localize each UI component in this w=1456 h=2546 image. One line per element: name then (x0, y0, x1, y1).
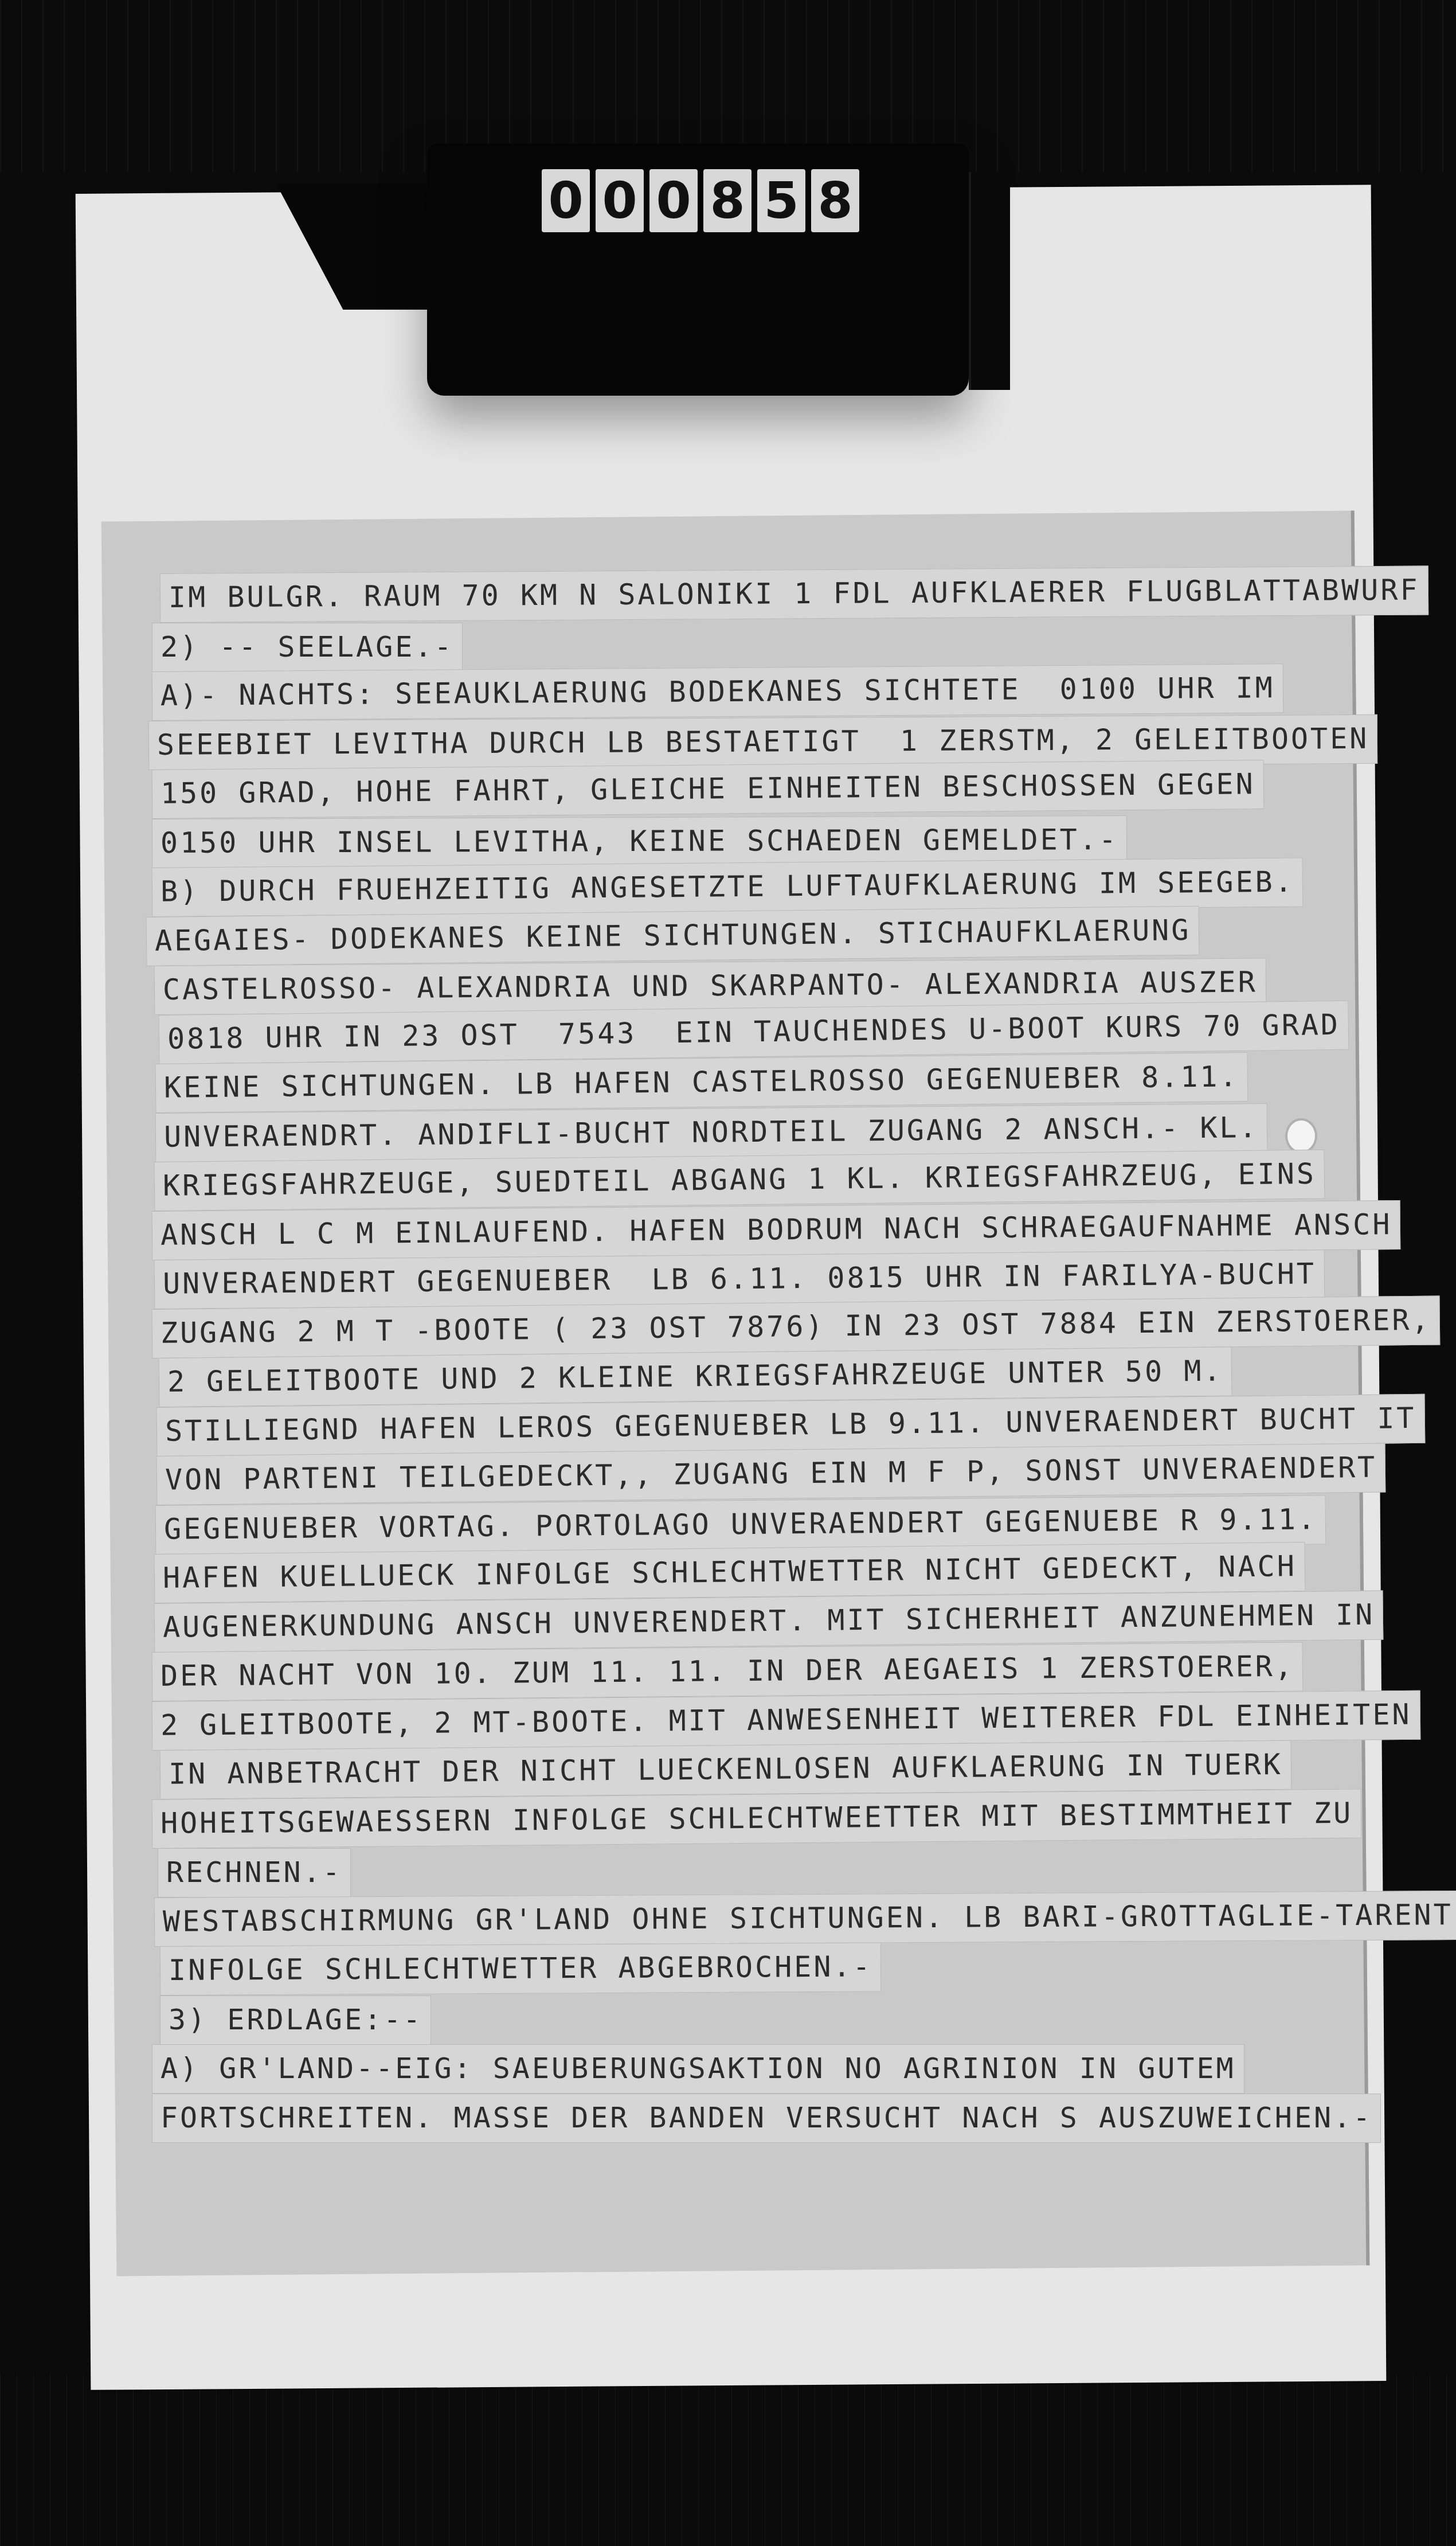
teletype-line: HOHEITSGEWAESSERN INFOLGE SCHLECHTWEETTE… (152, 1789, 1362, 1848)
counter-digit: 0 (542, 169, 590, 232)
teletype-line: INFOLGE SCHLECHTWETTER ABGEBROCHEN.- (160, 1942, 881, 1996)
teletype-line: 2) -- SEELAGE.- (152, 623, 463, 672)
frame-counter-digits: 0 0 0 8 5 8 (542, 169, 859, 232)
teletype-line: A)- NACHTS: SEEAUKLAERUNG BODEKANES SICH… (152, 663, 1283, 721)
counter-digit: 8 (811, 169, 859, 232)
teletype-line: 3) ERDLAGE:-- (160, 1996, 431, 2045)
counter-digit: 8 (703, 169, 752, 232)
counter-knob (969, 172, 1010, 390)
teletype-line: FORTSCHREITEN. MASSE DER BANDEN VERSUCHT… (152, 2094, 1381, 2143)
teletype-line: 150 GRAD, HOHE FAHRT, GLEICHE EINHEITEN … (152, 760, 1264, 819)
teletype-line: WESTABSCHIRMUNG GR'LAND OHNE SICHTUNGEN.… (154, 1891, 1456, 1947)
teletype-line: IM BULGR. RAUM 70 KM N SALONIKI 1 FDL AU… (160, 565, 1428, 623)
film-scratches-bottom (0, 2374, 1456, 2546)
teletype-line: RECHNEN.- (158, 1848, 351, 1897)
counter-digit: 0 (596, 169, 644, 232)
counter-digit: 5 (757, 169, 805, 232)
counter-digit: 0 (649, 169, 698, 232)
teletype-line: A) GR'LAND--EIG: SAEUBERUNGSAKTION NO AG… (152, 2044, 1244, 2094)
teletype-strips: IM BULGR. RAUM 70 KM N SALONIKI 1 FDL AU… (152, 573, 1384, 2142)
